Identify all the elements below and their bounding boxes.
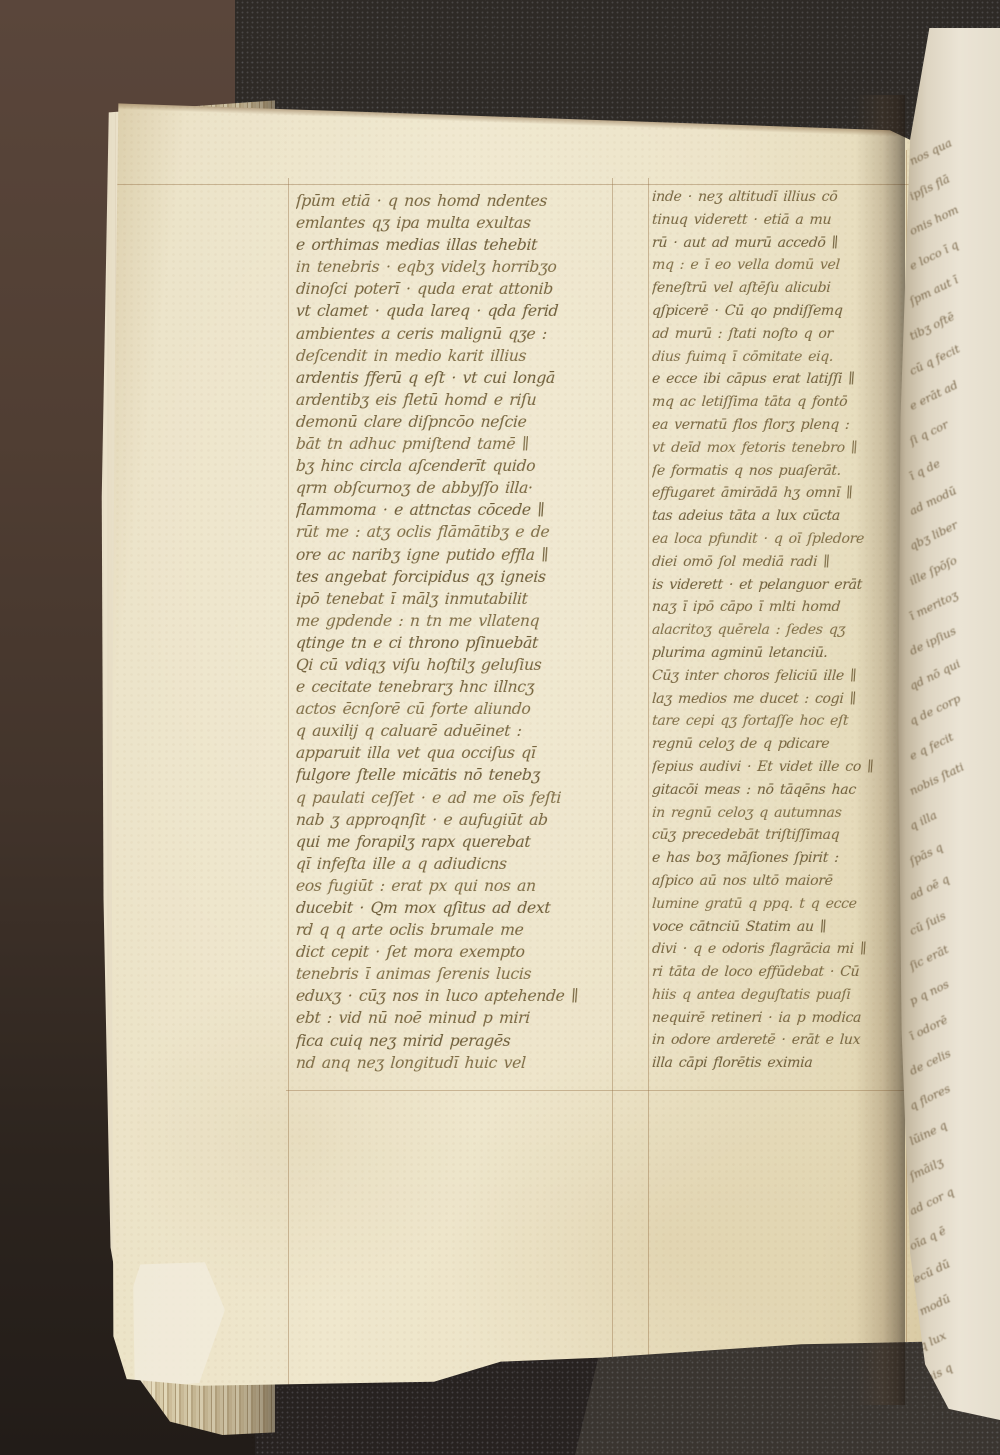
manuscript-text-line: qī infeſta ille a q adiudicns xyxy=(296,853,618,875)
manuscript-text-line: ambientes a ceris malignū qʒe : xyxy=(296,323,618,345)
manuscript-text-line: e orthimas medias illas tehebit xyxy=(296,234,618,256)
manuscript-text-line: flammoma · e attnctas cōcede ∥ xyxy=(296,499,618,521)
manuscript-text-line: qui me forapilʒ rapx querebat xyxy=(296,831,618,853)
manuscript-text-line: ipō tenebat ī mālʒ inmutabilit xyxy=(296,588,618,610)
manuscript-text-line: dinoſci poterī · quda erat attonib xyxy=(296,278,618,300)
manuscript-text-line: rd q q arte oclis brumale me xyxy=(296,919,618,941)
manuscript-text-line: apparuit illa vet qua occiſus qī xyxy=(296,742,618,764)
manuscript-text-line: deſcendit in medio karit illius xyxy=(296,345,618,367)
manuscript-text-line: in tenebris · eqbʒ videlʒ horribʒo xyxy=(296,256,618,278)
manuscript-text-line: me gpdende : n tn me vllatenq xyxy=(296,610,618,632)
facing-page-curved-leaf: nos quaipſis flāonis home loco ī qſpm au… xyxy=(893,28,1000,1420)
manuscript-text-line: rūt me : atʒ oclis flāmātibʒ e de xyxy=(296,521,618,543)
manuscript-text-line: nab ʒ approqnſit · e aufugiūt ab xyxy=(296,809,618,831)
manuscript-text-line: q auxilij q caluarē aduēinet : xyxy=(296,720,618,742)
manuscript-text-line: Qi cū vdiqʒ viſu hoſtilʒ geluſius xyxy=(296,654,618,676)
manuscript-text-line: q paulati ceſſet · e ad me oīs feſti xyxy=(296,787,618,809)
manuscript-text-line: e cecitate tenebrarʒ hnc illncʒ xyxy=(296,676,618,698)
manuscript-text-line: ore ac naribʒ igne putido effla ∥ xyxy=(296,544,618,566)
manuscript-text-line: tes angebat forcipidus qʒ igneis xyxy=(296,566,618,588)
manuscript-text-line: actos ēcnſorē cū forte aliundo xyxy=(296,698,618,720)
ruling-line-horizontal-bottom xyxy=(286,1090,908,1091)
manuscript-text-line: fulgore ſtelle micātis nō tenebʒ xyxy=(296,764,618,786)
left-text-column: ſpūm etiā · q nos homd ndentesemlantes q… xyxy=(296,190,618,1080)
ruling-line-vertical-left-margin xyxy=(288,178,289,1388)
manuscript-text-line: fica cuiq neʒ mirid peragēs xyxy=(296,1030,618,1052)
manuscript-text-line: eduxʒ · cūʒ nos in luco aptehende ∥ xyxy=(296,985,618,1007)
manuscript-text-line: ebt : vid nū noē minud p miri xyxy=(296,1007,618,1029)
manuscript-text-line: ducebit · Qm mox qſitus ad dext xyxy=(296,897,618,919)
manuscript-text-line: bāt tn adhuc pmiſtend tamē ∥ xyxy=(296,433,618,455)
ruling-line-horizontal-top xyxy=(114,184,910,185)
manuscript-text-line: demonū clare diſpncōo neſcie xyxy=(296,411,618,433)
manuscript-text-line: qtinge tn e ci throno pſinuebāt xyxy=(296,632,618,654)
manuscript-text-line: ardentibʒ eis fletū homd e riſu xyxy=(296,389,618,411)
manuscript-text-line: dict cepit · ſet mora exempto xyxy=(296,941,618,963)
manuscript-text-line: emlantes qʒ ipa multa exultas xyxy=(296,212,618,234)
page-gutter-shadow xyxy=(855,95,905,1405)
photo-scene: ſpūm etiā · q nos homd ndentesemlantes q… xyxy=(0,0,1000,1455)
manuscript-text-line: nd anq neʒ longitudī huic vel xyxy=(296,1052,618,1074)
manuscript-text-line: vt clamet · quda lareq · qda ferid xyxy=(296,300,618,322)
manuscript-text-line: bʒ hinc circla aſcenderīt quido xyxy=(296,455,618,477)
manuscript-text-line: ardentis fferū q eſt · vt cui longā xyxy=(296,367,618,389)
ruling-line-vertical-right-column-start xyxy=(648,178,649,1358)
manuscript-text-line: qrm obſcurnoʒ de abbyſſo illa· xyxy=(296,477,618,499)
manuscript-text-line: eos fugiūt : erat px qui nos an xyxy=(296,875,618,897)
manuscript-text-line: tenebris ī animas ſerenis lucis xyxy=(296,963,618,985)
manuscript-left-page: ſpūm etiā · q nos homd ndentesemlantes q… xyxy=(100,90,935,1430)
facing-page-text: nos quaipſis flāonis home loco ī qſpm au… xyxy=(903,124,1000,1384)
manuscript-text-line: ſpūm etiā · q nos homd ndentes xyxy=(296,190,618,212)
